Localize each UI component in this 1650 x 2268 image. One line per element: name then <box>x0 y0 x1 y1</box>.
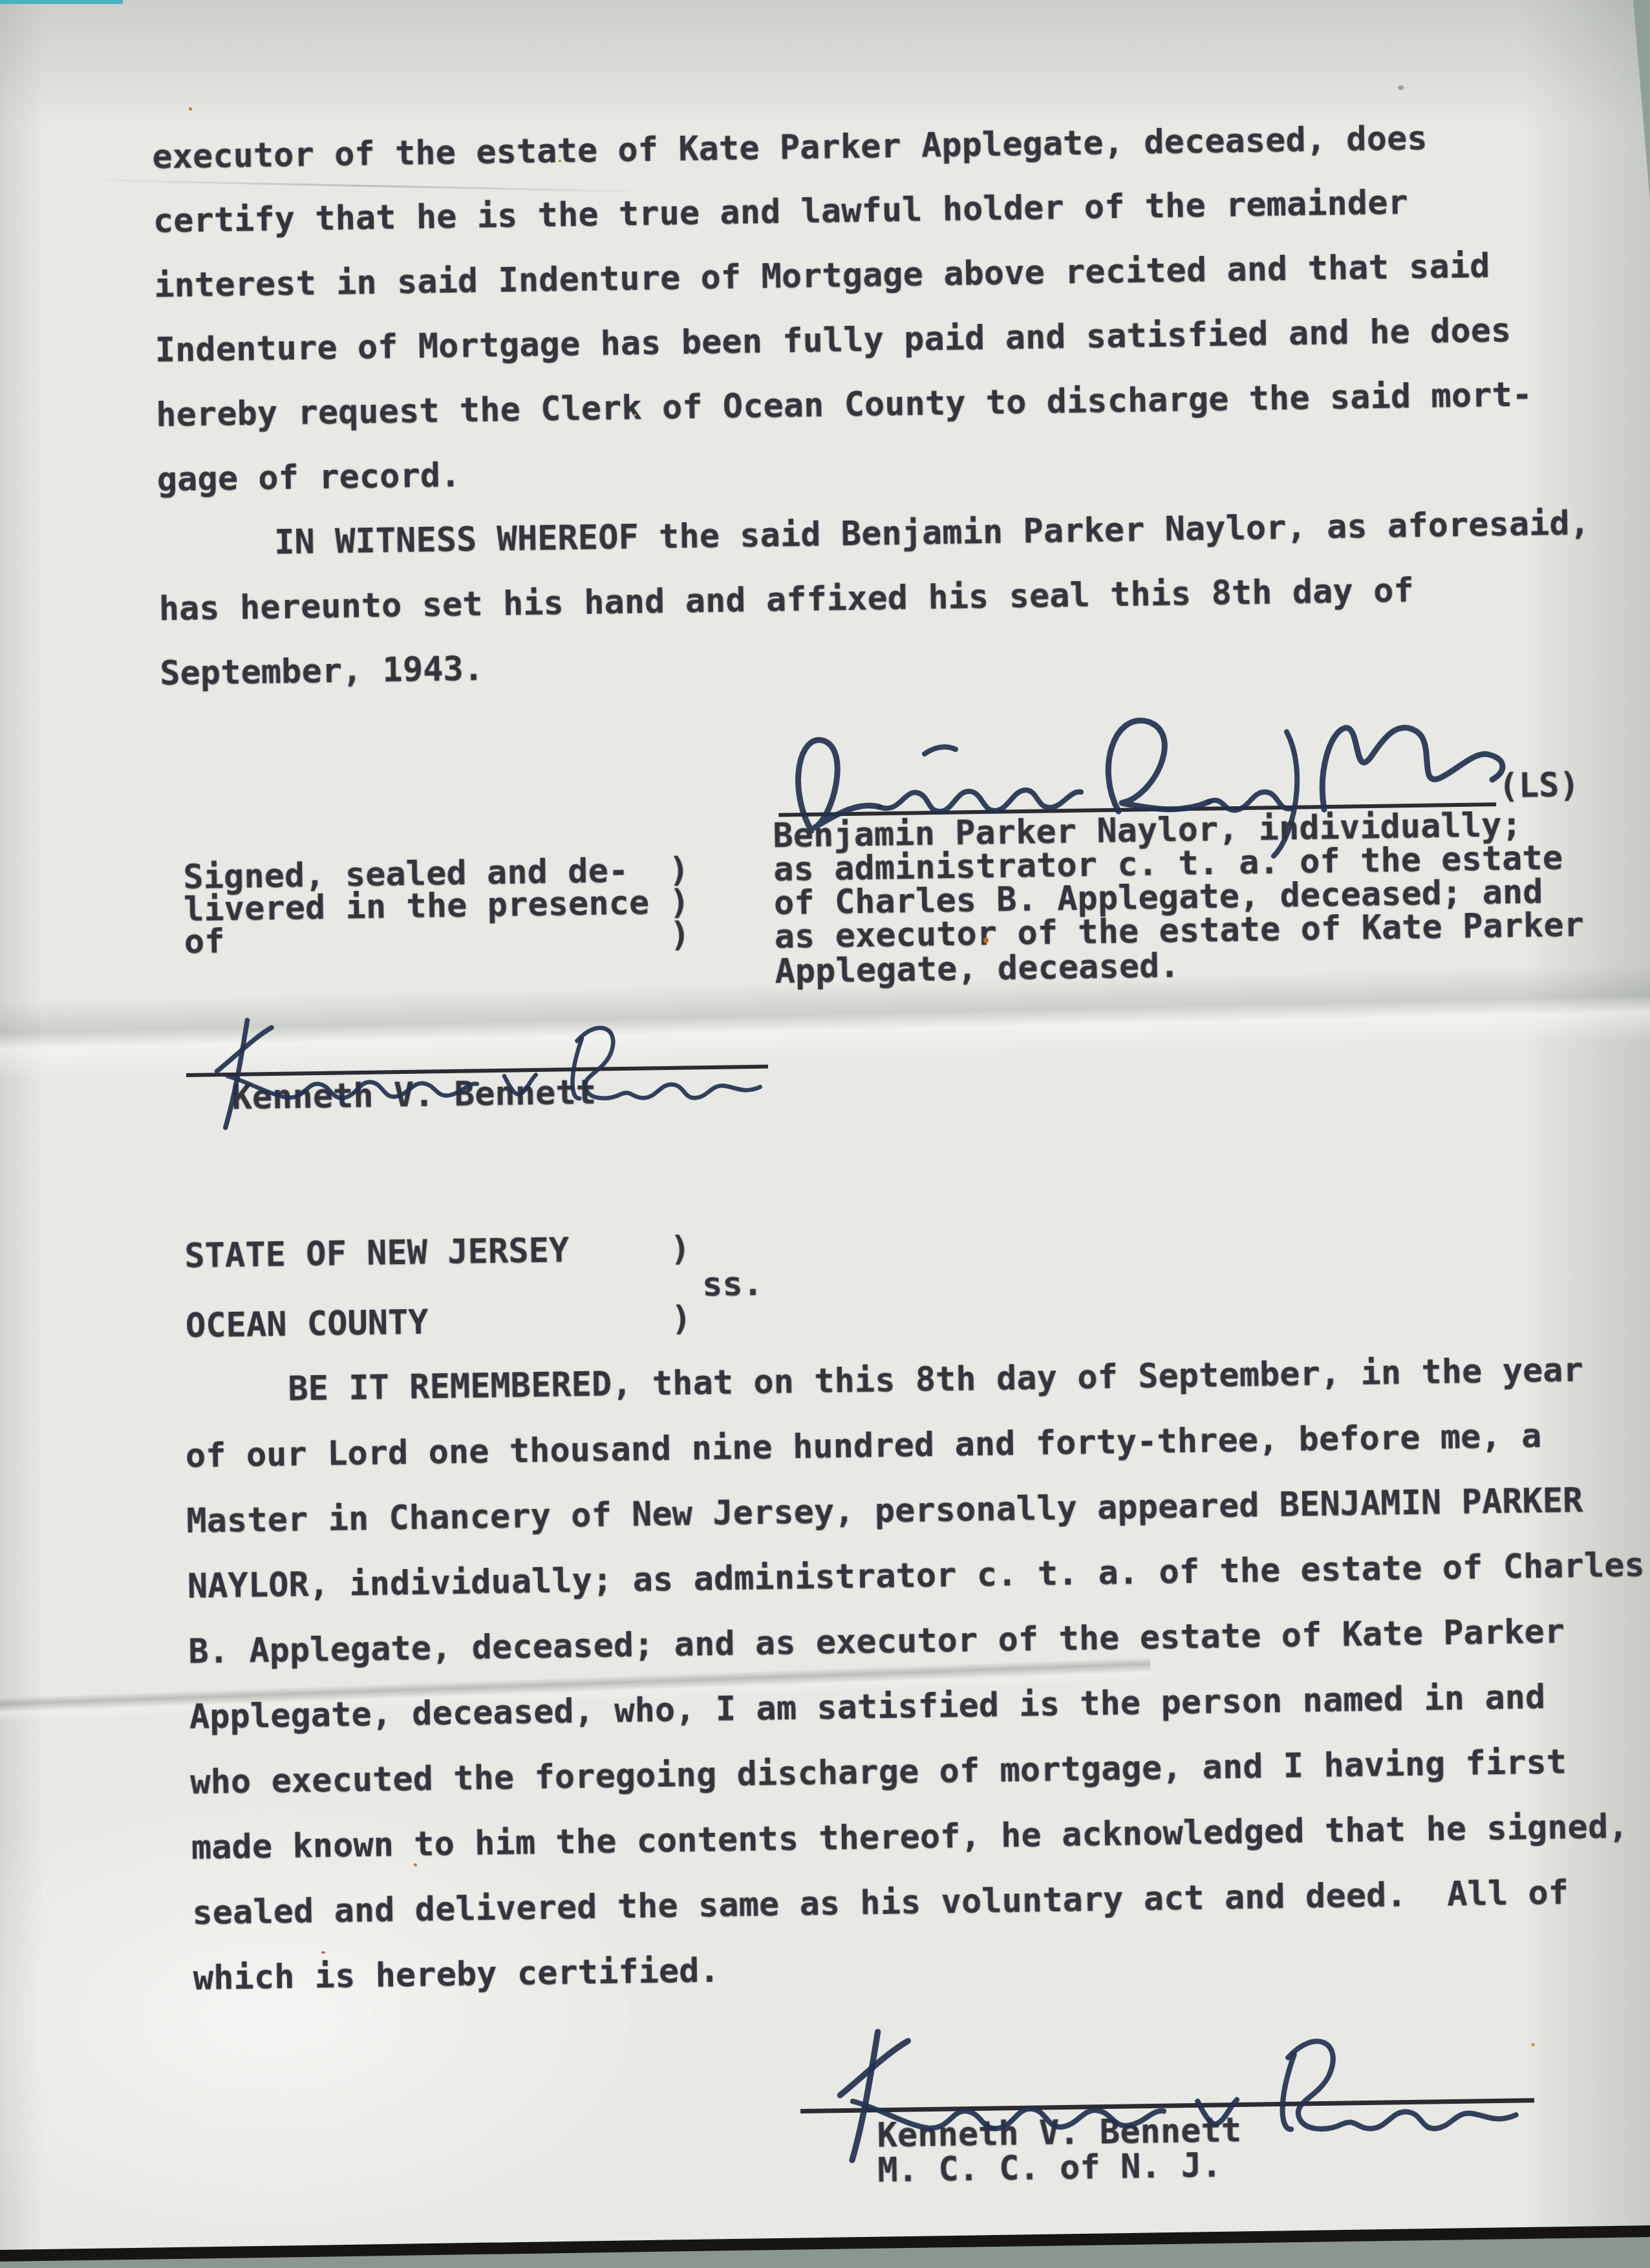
typed-line: gage of record. <box>156 455 460 500</box>
venue-county-line: OCEAN COUNTY ) <box>186 1298 692 1346</box>
typed-line: of ) <box>184 914 691 962</box>
typed-line: interest in said Indenture of Mortgage a… <box>154 246 1490 306</box>
venue-state-line: STATE OF NEW JERSEY ) <box>184 1228 691 1276</box>
typed-line: hereby request the Clerk of Ocean County… <box>156 374 1533 435</box>
foxing-speck <box>414 1863 417 1867</box>
foxing-speck <box>189 107 192 111</box>
typed-line: Applegate, deceased. <box>775 946 1180 992</box>
notary-handwritten-signature <box>811 2011 1536 2177</box>
typed-line: has hereunto set his hand and affixed hi… <box>158 570 1414 629</box>
typed-line: September, 1943. <box>160 648 484 693</box>
naylor-capacity-block: Benjamin Parker Naylor, individually; as… <box>773 804 1616 1010</box>
typed-line: Master in Chancery of New Jersey, person… <box>186 1481 1583 1541</box>
typed-line: NAYLOR, individually; as administrator c… <box>187 1545 1645 1607</box>
foxing-speck <box>1531 2043 1535 2046</box>
typed-line: Indenture of Mortgage has been fully pai… <box>155 310 1511 370</box>
witness-clause-block: Signed, sealed and de- ) livered in the … <box>183 849 767 974</box>
foxing-speck <box>634 414 636 416</box>
typed-line: IN WITNESS WHEREOF the said Benjamin Par… <box>274 503 1591 562</box>
venue-ss-label: ss. <box>702 1264 764 1305</box>
foxing-speck <box>983 937 989 943</box>
typed-line: made known to him the contents thereof, … <box>191 1806 1628 1868</box>
witness-handwritten-signature <box>194 999 776 1141</box>
typed-line: Applegate, deceased, who, I am satisfied… <box>189 1677 1545 1737</box>
foxing-speck <box>321 1951 325 1954</box>
paragraph-discharge: executor of the estate of Kate Parker Ap… <box>152 116 1583 719</box>
typed-line: which is hereby certified. <box>193 1951 720 1998</box>
typed-line: sealed and delivered the same as his vol… <box>192 1872 1569 1933</box>
smudge-speck <box>1398 85 1404 90</box>
venue-block: STATE OF NEW JERSEY ) ss. OCEAN COUNTY ) <box>184 1226 832 1346</box>
paragraph-acknowledgement: BE IT REMEMBERED, that on this 8th day o… <box>184 1349 1650 2036</box>
typed-line: who executed the foregoing discharge of … <box>190 1742 1567 1803</box>
typed-line: B. Applegate, deceased; and as executor … <box>188 1611 1565 1672</box>
typed-line: certify that he is the true and lawful h… <box>153 182 1408 241</box>
foxing-speck <box>559 160 561 162</box>
scanned-document: executor of the estate of Kate Parker Ap… <box>0 0 1650 2268</box>
typed-line: of our Lord one thousand nine hundred an… <box>185 1416 1541 1476</box>
